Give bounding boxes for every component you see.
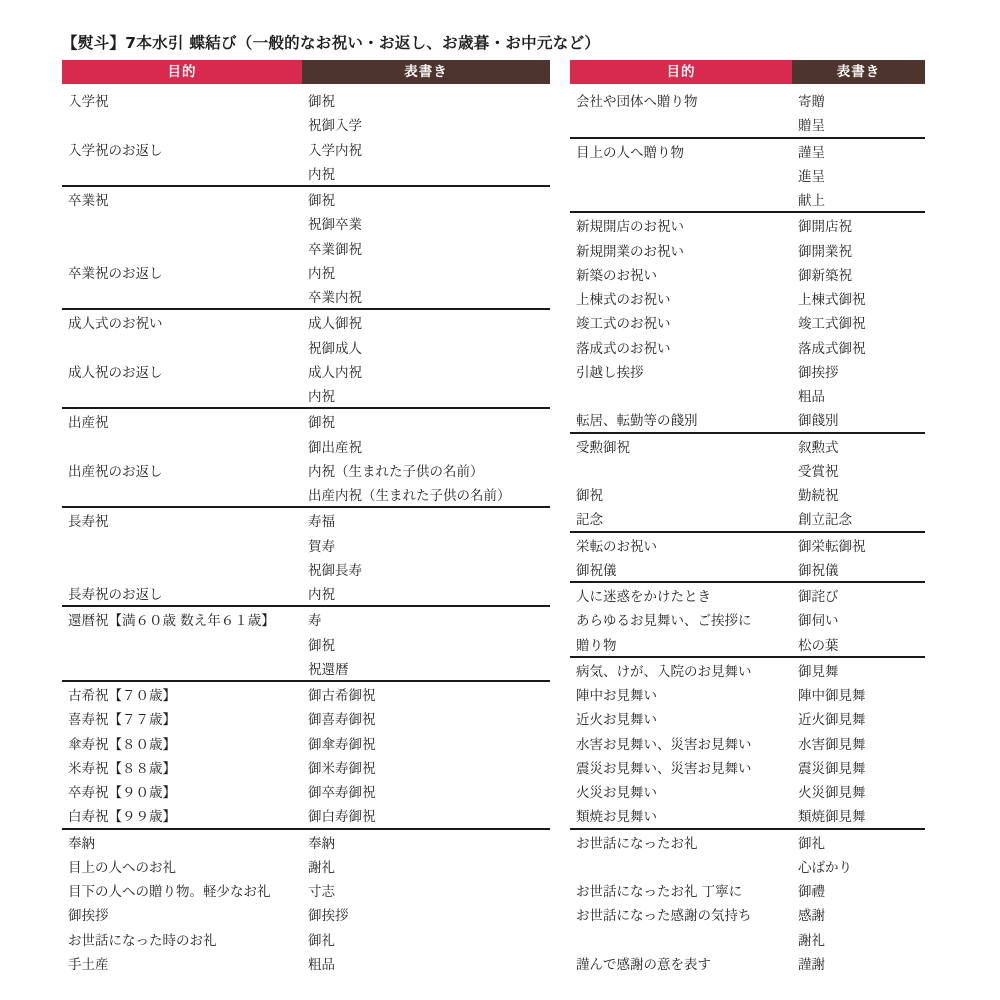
purpose-cell: お世話になったお礼 — [570, 832, 792, 852]
inscription-cell: 落成式御祝 — [792, 337, 925, 357]
table-row: 白寿祝【９９歳】御白寿御祝 — [62, 803, 550, 827]
purpose-cell: 目上の人へ贈り物 — [570, 141, 792, 161]
purpose-cell: 御祝儀 — [570, 559, 792, 579]
inscription-cell: 進呈 — [792, 165, 925, 185]
table-row: 御出産祝 — [62, 434, 550, 458]
inscription-cell: 御伺い — [792, 609, 925, 629]
table-row: 祝御卒業 — [62, 211, 550, 235]
inscription-cell: 心ばかり — [792, 856, 925, 876]
inscription-cell: 御祝 — [302, 189, 550, 209]
table-body: 会社や団体へ贈り物寄贈贈呈目上の人へ贈り物謹呈進呈献上新規開店のお祝い御開店祝新… — [570, 88, 925, 975]
table-row: お世話になった感謝の気持ち感謝 — [570, 902, 925, 926]
table-row: 入学祝のお返し入学内祝 — [62, 137, 550, 161]
inscription-cell: 御栄転御祝 — [792, 535, 925, 555]
inscription-cell: 感謝 — [792, 904, 925, 924]
table-row: 会社や団体へ贈り物寄贈 — [570, 88, 925, 112]
row-group: 人に迷惑をかけたとき御詫びあらゆるお見舞い、ご挨拶に御伺い贈り物松の葉 — [570, 583, 925, 658]
inscription-cell: 御出産祝 — [302, 436, 550, 456]
inscription-cell: 祝御入学 — [302, 114, 550, 134]
row-group: 目上の人へ贈り物謹呈進呈献上 — [570, 139, 925, 214]
table-row: 水害お見舞い、災害お見舞い水害御見舞 — [570, 731, 925, 755]
inscription-cell: 御礼 — [302, 929, 550, 949]
inscription-cell: 祝御卒業 — [302, 213, 550, 233]
table-row: 進呈 — [570, 163, 925, 187]
inscription-cell: 受賞祝 — [792, 460, 925, 480]
table-row: 御挨拶御挨拶 — [62, 902, 550, 926]
column-header-inscription: 表書き — [302, 60, 550, 84]
inscription-cell: 陣中御見舞 — [792, 684, 925, 704]
inscription-cell: 火災御見舞 — [792, 781, 925, 801]
row-group: 還暦祝【満６０歳 数え年６１歳】寿御祝祝還暦 — [62, 607, 550, 682]
inscription-cell: 御古希御祝 — [302, 684, 550, 704]
table-row: 病気、けが、入院のお見舞い御見舞 — [570, 658, 925, 682]
table-row: 粗品 — [570, 383, 925, 407]
table-row: 落成式のお祝い落成式御祝 — [570, 335, 925, 359]
row-group: 出産祝御祝御出産祝出産祝のお返し内祝（生まれた子供の名前）出産内祝（生まれた子供… — [62, 409, 550, 508]
inscription-cell: 寄贈 — [792, 90, 925, 110]
inscription-cell: 内祝 — [302, 583, 550, 603]
table-row: お世話になったお礼 丁寧に御禮 — [570, 878, 925, 902]
inscription-cell: 献上 — [792, 189, 925, 209]
purpose-cell: 新規開店のお祝い — [570, 215, 792, 235]
inscription-cell: 竣工式御祝 — [792, 312, 925, 332]
table-row: 古希祝【７０歳】御古希御祝 — [62, 682, 550, 706]
purpose-cell: あらゆるお見舞い、ご挨拶に — [570, 609, 792, 629]
noshi-table-left: 目的 表書き 入学祝御祝祝御入学入学祝のお返し入学内祝内祝卒業祝御祝祝御卒業卒業… — [62, 60, 550, 975]
table-row: 受勲御祝叙勲式 — [570, 434, 925, 458]
inscription-cell: 御挨拶 — [302, 904, 550, 924]
inscription-cell: 内祝 — [302, 262, 550, 282]
table-row: 受賞祝 — [570, 458, 925, 482]
row-group: 奉納奉納目上の人へのお礼謝礼目下の人への贈り物。軽少なお礼寸志御挨拶御挨拶お世話… — [62, 830, 550, 976]
purpose-cell: 卒寿祝【９０歳】 — [62, 781, 302, 801]
inscription-cell: 祝還暦 — [302, 658, 550, 678]
inscription-cell: 水害御見舞 — [792, 733, 925, 753]
table-row: お世話になったお礼御礼 — [570, 830, 925, 854]
purpose-cell: 入学祝 — [62, 90, 302, 110]
inscription-cell: 謹謝 — [792, 953, 925, 973]
inscription-cell: 成人内祝 — [302, 361, 550, 381]
purpose-cell: 奉納 — [62, 832, 302, 852]
purpose-cell: 御祝 — [570, 484, 792, 504]
purpose-cell: 成人式のお祝い — [62, 312, 302, 332]
row-group: 栄転のお祝い御栄転御祝御祝儀御祝儀 — [570, 533, 925, 584]
purpose-cell: お世話になった感謝の気持ち — [570, 904, 792, 924]
purpose-cell: 卒業祝 — [62, 189, 302, 209]
table-row: あらゆるお見舞い、ご挨拶に御伺い — [570, 607, 925, 631]
inscription-cell: 御祝 — [302, 90, 550, 110]
purpose-cell: 贈り物 — [570, 634, 792, 654]
purpose-cell: 栄転のお祝い — [570, 535, 792, 555]
row-group: 会社や団体へ贈り物寄贈贈呈 — [570, 88, 925, 139]
inscription-cell: 御挨拶 — [792, 361, 925, 381]
inscription-cell: 御米寿御祝 — [302, 757, 550, 777]
table-row: 出産祝のお返し内祝（生まれた子供の名前） — [62, 458, 550, 482]
inscription-cell: 内祝（生まれた子供の名前） — [302, 460, 550, 480]
table-row: 長寿祝のお返し内祝 — [62, 581, 550, 605]
inscription-cell: 謹呈 — [792, 141, 925, 161]
table-row: 出産内祝（生まれた子供の名前） — [62, 482, 550, 506]
table-row: 記念創立記念 — [570, 506, 925, 530]
purpose-cell: お世話になった時のお礼 — [62, 929, 302, 949]
row-group: 受勲御祝叙勲式受賞祝御祝勤続祝記念創立記念 — [570, 434, 925, 533]
purpose-cell: 長寿祝 — [62, 510, 302, 530]
inscription-cell: 御白寿御祝 — [302, 805, 550, 825]
table-row: 還暦祝【満６０歳 数え年６１歳】寿 — [62, 607, 550, 631]
table-row: 新規開店のお祝い御開店祝 — [570, 213, 925, 237]
inscription-cell: 御礼 — [792, 832, 925, 852]
inscription-cell: 内祝 — [302, 163, 550, 183]
table-row: 御祝勤続祝 — [570, 482, 925, 506]
table-row: 卒業祝御祝 — [62, 187, 550, 211]
inscription-cell: 震災御見舞 — [792, 757, 925, 777]
table-header-row: 目的 表書き — [570, 60, 925, 84]
table-row: 卒業祝のお返し内祝 — [62, 260, 550, 284]
purpose-cell: 上棟式のお祝い — [570, 288, 792, 308]
purpose-cell: 目下の人への贈り物。軽少なお礼 — [62, 880, 302, 900]
purpose-cell: 還暦祝【満６０歳 数え年６１歳】 — [62, 609, 302, 629]
inscription-cell: 近火御見舞 — [792, 708, 925, 728]
inscription-cell: 御祝 — [302, 634, 550, 654]
table-row: 御祝儀御祝儀 — [570, 557, 925, 581]
purpose-cell: 卒業祝のお返し — [62, 262, 302, 282]
purpose-cell: 手土産 — [62, 953, 302, 973]
row-group: 病気、けが、入院のお見舞い御見舞陣中お見舞い陣中御見舞近火お見舞い近火御見舞水害… — [570, 658, 925, 830]
purpose-cell: 新規開業のお祝い — [570, 240, 792, 260]
inscription-cell: 粗品 — [792, 385, 925, 405]
table-row: 目上の人へ贈り物謹呈 — [570, 139, 925, 163]
row-group: 古希祝【７０歳】御古希御祝喜寿祝【７７歳】御喜寿御祝傘寿祝【８０歳】御傘寿御祝米… — [62, 682, 550, 830]
purpose-cell: 火災お見舞い — [570, 781, 792, 801]
inscription-cell: 出産内祝（生まれた子供の名前） — [302, 484, 550, 504]
row-group: お世話になったお礼御礼心ばかりお世話になったお礼 丁寧に御禮お世話になった感謝の… — [570, 830, 925, 976]
purpose-cell: 傘寿祝【８０歳】 — [62, 733, 302, 753]
inscription-cell: 寿 — [302, 609, 550, 629]
inscription-cell: 御餞別 — [792, 409, 925, 429]
inscription-cell: 卒業御祝 — [302, 238, 550, 258]
table-row: 成人祝のお返し成人内祝 — [62, 359, 550, 383]
table-row: 転居、転勤等の餞別御餞別 — [570, 407, 925, 431]
purpose-cell: 古希祝【７０歳】 — [62, 684, 302, 704]
inscription-cell: 御祝 — [302, 411, 550, 431]
noshi-table-right: 目的 表書き 会社や団体へ贈り物寄贈贈呈目上の人へ贈り物謹呈進呈献上新規開店のお… — [570, 60, 925, 975]
inscription-cell: 祝御長寿 — [302, 559, 550, 579]
inscription-cell: 御喜寿御祝 — [302, 708, 550, 728]
table-row: 新築のお祝い御新築祝 — [570, 262, 925, 286]
row-group: 成人式のお祝い成人御祝祝御成人成人祝のお返し成人内祝内祝 — [62, 310, 550, 409]
table-row: 賀寿 — [62, 533, 550, 557]
inscription-cell: 賀寿 — [302, 535, 550, 555]
inscription-cell: 御新築祝 — [792, 264, 925, 284]
row-group: 長寿祝寿福賀寿祝御長寿長寿祝のお返し内祝 — [62, 508, 550, 607]
inscription-cell: 御開店祝 — [792, 215, 925, 235]
table-row: 祝御入学 — [62, 112, 550, 136]
row-group: 卒業祝御祝祝御卒業卒業御祝卒業祝のお返し内祝卒業内祝 — [62, 187, 550, 310]
inscription-cell: 松の葉 — [792, 634, 925, 654]
table-row: 目下の人への贈り物。軽少なお礼寸志 — [62, 878, 550, 902]
purpose-cell: 白寿祝【９９歳】 — [62, 805, 302, 825]
purpose-cell: 類焼お見舞い — [570, 805, 792, 825]
table-row: 人に迷惑をかけたとき御詫び — [570, 583, 925, 607]
row-group: 新規開店のお祝い御開店祝新規開業のお祝い御開業祝新築のお祝い御新築祝上棟式のお祝… — [570, 213, 925, 433]
table-row: 手土産粗品 — [62, 951, 550, 975]
table-row: 陣中お見舞い陣中御見舞 — [570, 682, 925, 706]
inscription-cell: 御見舞 — [792, 660, 925, 680]
table-row: 成人式のお祝い成人御祝 — [62, 310, 550, 334]
column-header-inscription: 表書き — [792, 60, 925, 84]
table-body: 入学祝御祝祝御入学入学祝のお返し入学内祝内祝卒業祝御祝祝御卒業卒業御祝卒業祝のお… — [62, 88, 550, 975]
inscription-cell: 奉納 — [302, 832, 550, 852]
inscription-cell: 粗品 — [302, 953, 550, 973]
inscription-cell: 御傘寿御祝 — [302, 733, 550, 753]
table-row: 奉納奉納 — [62, 830, 550, 854]
table-row: 米寿祝【８８歳】御米寿御祝 — [62, 755, 550, 779]
inscription-cell: 類焼御見舞 — [792, 805, 925, 825]
table-row: 御祝 — [62, 632, 550, 656]
purpose-cell: 目上の人へのお礼 — [62, 856, 302, 876]
table-row: 竣工式のお祝い竣工式御祝 — [570, 310, 925, 334]
tables-container: 目的 表書き 入学祝御祝祝御入学入学祝のお返し入学内祝内祝卒業祝御祝祝御卒業卒業… — [62, 60, 925, 975]
table-row: 祝御長寿 — [62, 557, 550, 581]
inscription-cell: 謝礼 — [792, 929, 925, 949]
table-row: 引越し挨拶御挨拶 — [570, 359, 925, 383]
inscription-cell: 入学内祝 — [302, 139, 550, 159]
table-row: 目上の人へのお礼謝礼 — [62, 854, 550, 878]
row-group: 入学祝御祝祝御入学入学祝のお返し入学内祝内祝 — [62, 88, 550, 187]
purpose-cell: 病気、けが、入院のお見舞い — [570, 660, 792, 680]
purpose-cell: 米寿祝【８８歳】 — [62, 757, 302, 777]
table-row: 震災お見舞い、災害お見舞い震災御見舞 — [570, 755, 925, 779]
purpose-cell: 出産祝のお返し — [62, 460, 302, 480]
table-row: 新規開業のお祝い御開業祝 — [570, 238, 925, 262]
inscription-cell: 内祝 — [302, 385, 550, 405]
purpose-cell: 受勲御祝 — [570, 436, 792, 456]
inscription-cell: 御禮 — [792, 880, 925, 900]
inscription-cell: 贈呈 — [792, 114, 925, 134]
purpose-cell: お世話になったお礼 丁寧に — [570, 880, 792, 900]
table-row: 傘寿祝【８０歳】御傘寿御祝 — [62, 731, 550, 755]
table-row: 祝還暦 — [62, 656, 550, 680]
table-row: 長寿祝寿福 — [62, 508, 550, 532]
purpose-cell: 記念 — [570, 508, 792, 528]
purpose-cell: 御挨拶 — [62, 904, 302, 924]
table-row: 近火お見舞い近火御見舞 — [570, 706, 925, 730]
purpose-cell: 謹んで感謝の意を表す — [570, 953, 792, 973]
purpose-cell: 転居、転勤等の餞別 — [570, 409, 792, 429]
purpose-cell: 竣工式のお祝い — [570, 312, 792, 332]
inscription-cell: 御詫び — [792, 585, 925, 605]
purpose-cell: 人に迷惑をかけたとき — [570, 585, 792, 605]
purpose-cell: 成人祝のお返し — [62, 361, 302, 381]
table-row: 上棟式のお祝い上棟式御祝 — [570, 286, 925, 310]
inscription-cell: 寸志 — [302, 880, 550, 900]
table-row: お世話になった時のお礼御礼 — [62, 927, 550, 951]
inscription-cell: 成人御祝 — [302, 312, 550, 332]
inscription-cell: 御卒寿御祝 — [302, 781, 550, 801]
purpose-cell: 長寿祝のお返し — [62, 583, 302, 603]
inscription-cell: 上棟式御祝 — [792, 288, 925, 308]
inscription-cell: 御開業祝 — [792, 240, 925, 260]
table-row: 献上 — [570, 187, 925, 211]
column-header-purpose: 目的 — [570, 60, 792, 84]
inscription-cell: 創立記念 — [792, 508, 925, 528]
purpose-cell: 落成式のお祝い — [570, 337, 792, 357]
inscription-cell: 卒業内祝 — [302, 286, 550, 306]
inscription-cell: 謝礼 — [302, 856, 550, 876]
table-row: 祝御成人 — [62, 335, 550, 359]
page-title: 【熨斗】7本水引 蝶結び（一般的なお祝い・お返し、お歳暮・お中元など） — [62, 31, 600, 53]
inscription-cell: 寿福 — [302, 510, 550, 530]
table-row: 出産祝御祝 — [62, 409, 550, 433]
table-row: 卒業内祝 — [62, 284, 550, 308]
table-row: 栄転のお祝い御栄転御祝 — [570, 533, 925, 557]
purpose-cell: 陣中お見舞い — [570, 684, 792, 704]
table-header-row: 目的 表書き — [62, 60, 550, 84]
table-row: 謹んで感謝の意を表す謹謝 — [570, 951, 925, 975]
inscription-cell: 祝御成人 — [302, 337, 550, 357]
table-row: 火災お見舞い火災御見舞 — [570, 779, 925, 803]
table-row: 贈り物松の葉 — [570, 632, 925, 656]
table-row: 類焼お見舞い類焼御見舞 — [570, 803, 925, 827]
column-header-purpose: 目的 — [62, 60, 302, 84]
purpose-cell: 水害お見舞い、災害お見舞い — [570, 733, 792, 753]
table-row: 卒寿祝【９０歳】御卒寿御祝 — [62, 779, 550, 803]
inscription-cell: 勤続祝 — [792, 484, 925, 504]
table-row: 謝礼 — [570, 927, 925, 951]
purpose-cell: 入学祝のお返し — [62, 139, 302, 159]
table-row: 入学祝御祝 — [62, 88, 550, 112]
table-row: 卒業御祝 — [62, 236, 550, 260]
purpose-cell: 震災お見舞い、災害お見舞い — [570, 757, 792, 777]
purpose-cell: 出産祝 — [62, 411, 302, 431]
table-row: 心ばかり — [570, 854, 925, 878]
inscription-cell: 御祝儀 — [792, 559, 925, 579]
table-row: 喜寿祝【７７歳】御喜寿御祝 — [62, 706, 550, 730]
purpose-cell: 新築のお祝い — [570, 264, 792, 284]
purpose-cell: 会社や団体へ贈り物 — [570, 90, 792, 110]
table-row: 内祝 — [62, 383, 550, 407]
purpose-cell: 引越し挨拶 — [570, 361, 792, 381]
table-row: 内祝 — [62, 161, 550, 185]
table-row: 贈呈 — [570, 112, 925, 136]
purpose-cell: 喜寿祝【７７歳】 — [62, 708, 302, 728]
purpose-cell: 近火お見舞い — [570, 708, 792, 728]
inscription-cell: 叙勲式 — [792, 436, 925, 456]
